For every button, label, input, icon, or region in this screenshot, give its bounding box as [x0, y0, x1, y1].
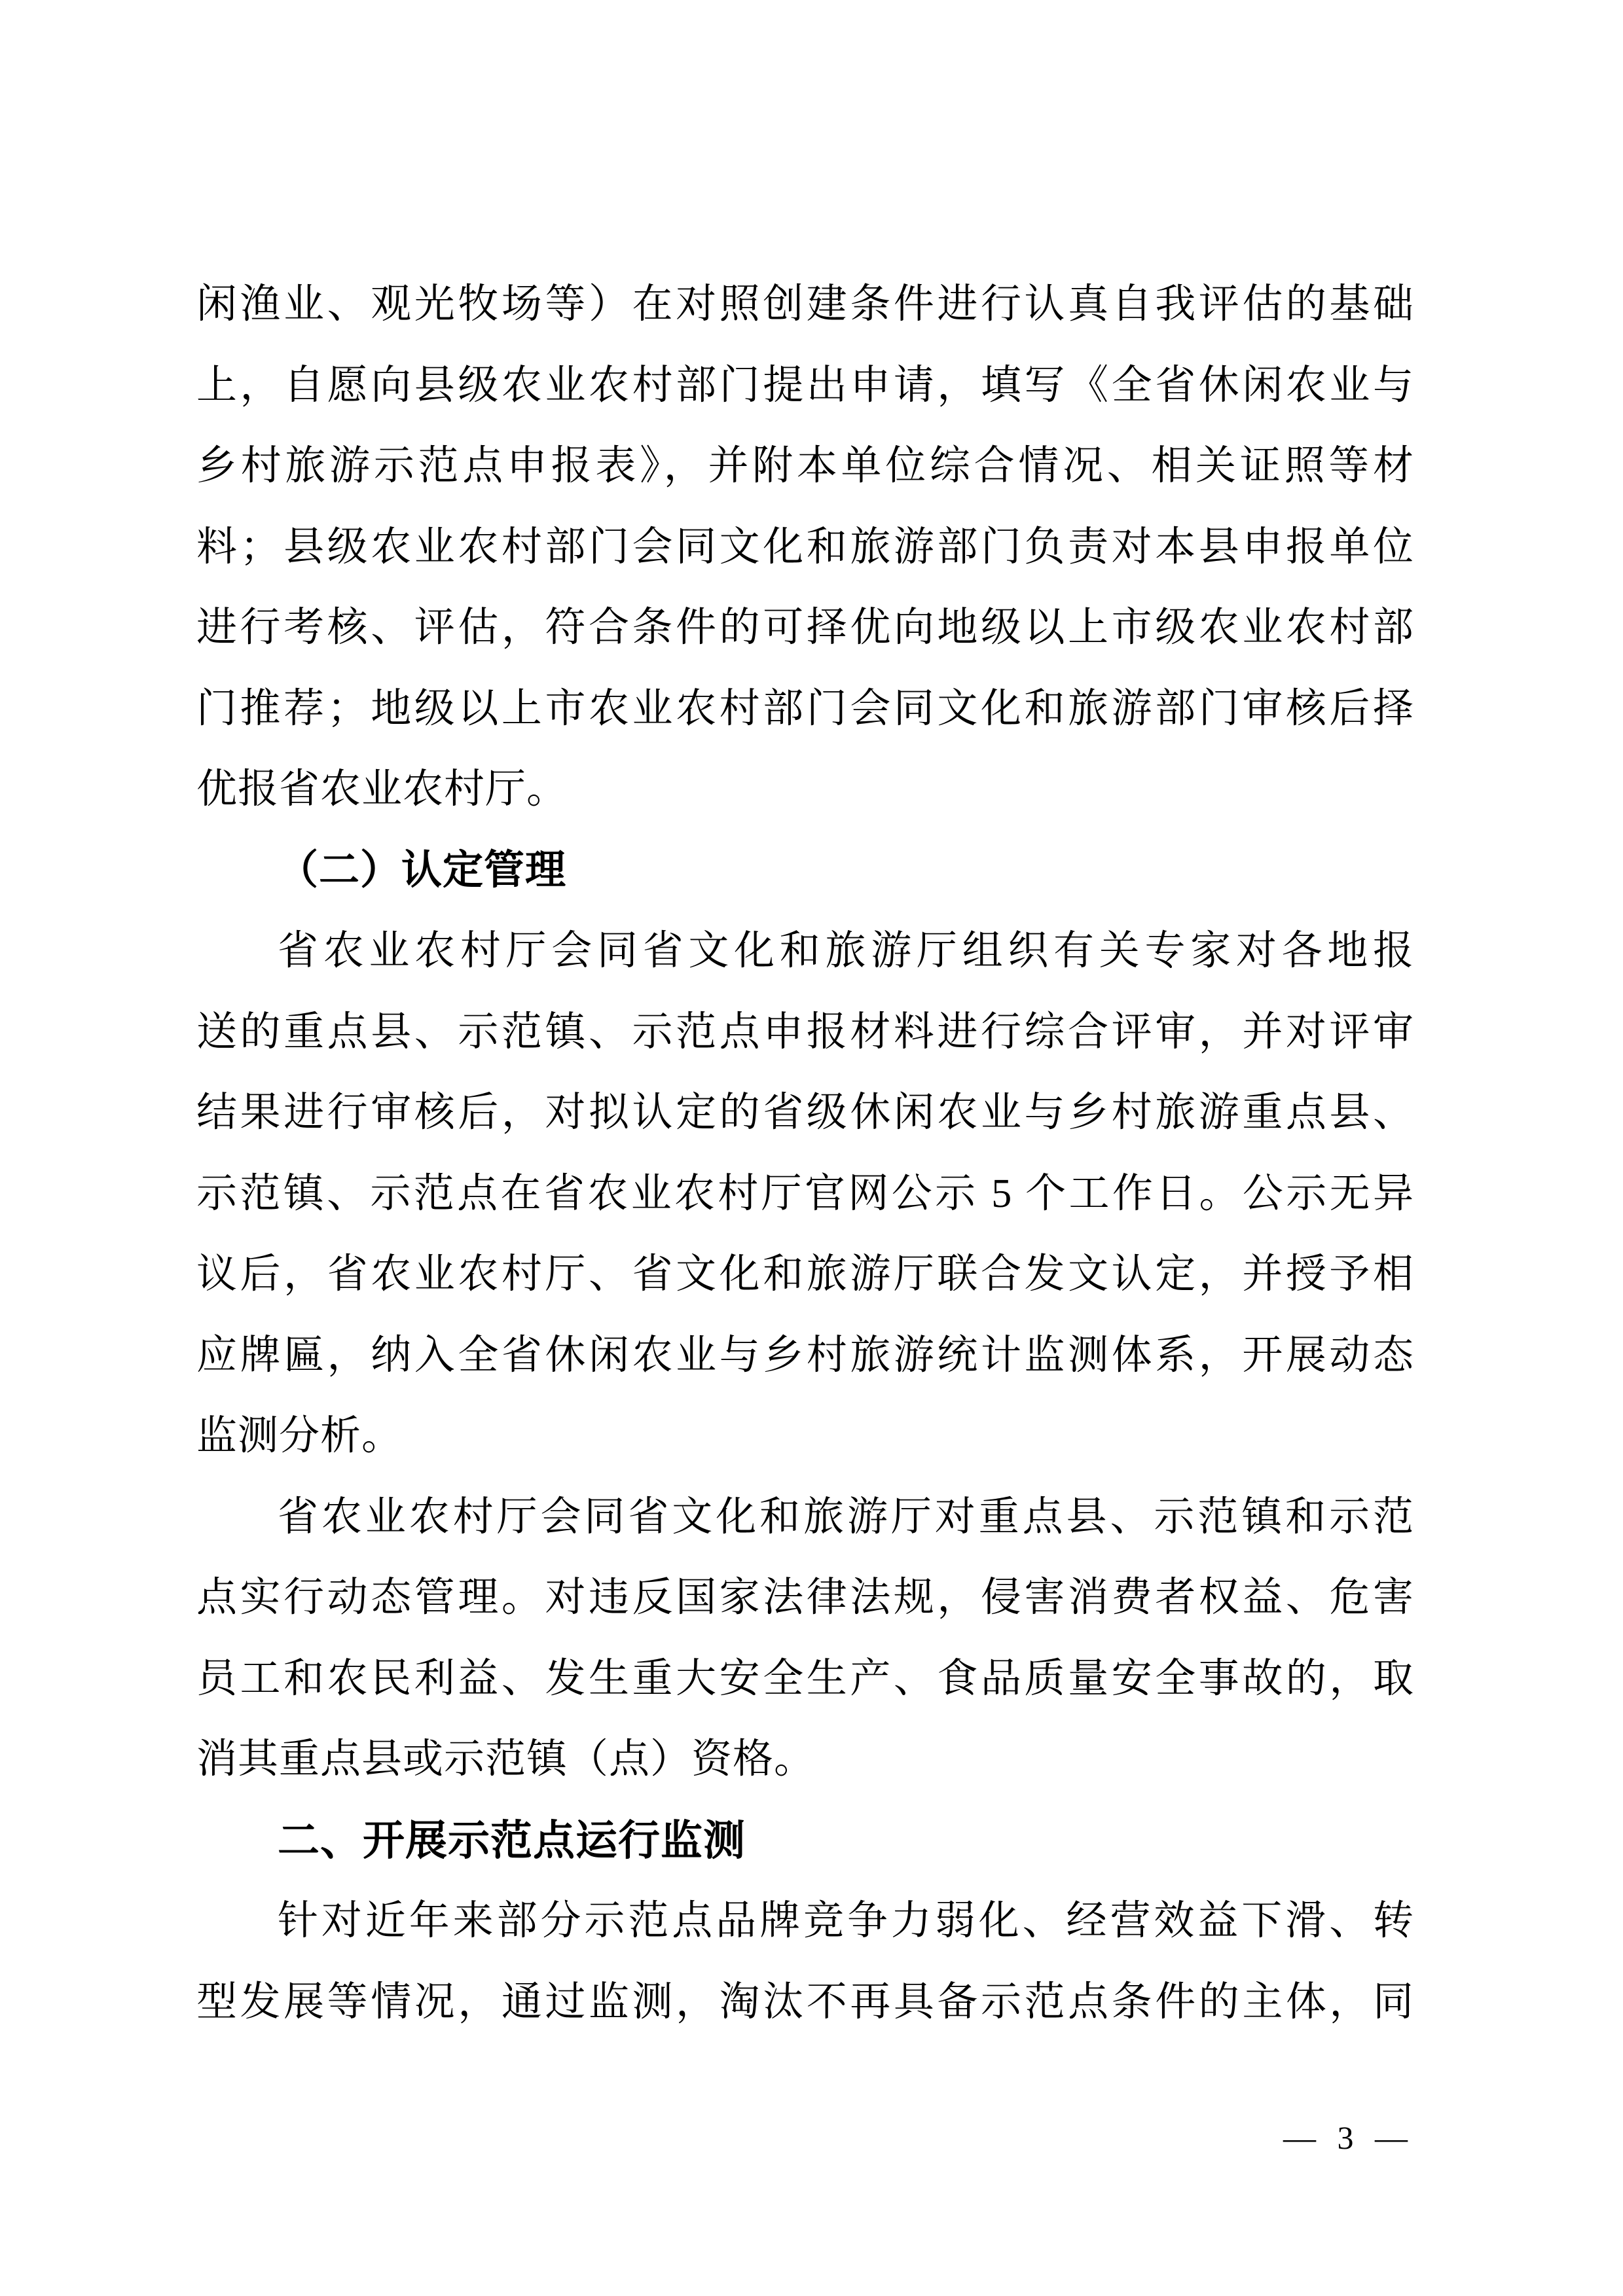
text-line: 议后，省农业农村厅、省文化和旅游厅联合发文认定，并授予相 [196, 1234, 1414, 1316]
section-heading: （二）认定管理 [196, 831, 1414, 912]
text-line: 省农业农村厅会同省文化和旅游厅组织有关专家对各地报 [196, 911, 1414, 992]
text-line: 闲渔业、观光牧场等）在对照创建条件进行认真自我评估的基础 [196, 264, 1414, 346]
text-line: 监测分析。 [196, 1396, 1414, 1477]
text-line: 应牌匾，纳入全省休闲农业与乡村旅游统计监测体系，开展动态 [196, 1316, 1414, 1397]
text-body: 闲渔业、观光牧场等）在对照创建条件进行认真自我评估的基础上，自愿向县级农业农村部… [196, 264, 1414, 2043]
document-page: 闲渔业、观光牧场等）在对照创建条件进行认真自我评估的基础上，自愿向县级农业农村部… [0, 0, 1623, 2296]
text-line: 型发展等情况，通过监测，淘汰不再具备示范点条件的主体，同 [196, 1962, 1414, 2043]
text-line: 门推荐；地级以上市农业农村部门会同文化和旅游部门审核后择 [196, 669, 1414, 750]
text-line: 示范镇、示范点在省农业农村厅官网公示 5 个工作日。公示无异 [196, 1154, 1414, 1235]
page-number: — 3 — [1283, 2119, 1414, 2156]
text-line: 省农业农村厅会同省文化和旅游厅对重点县、示范镇和示范 [196, 1477, 1414, 1558]
text-line: 乡村旅游示范点申报表》，并附本单位综合情况、相关证照等材 [196, 426, 1414, 507]
text-line: 进行考核、评估，符合条件的可择优向地级以上市级农业农村部 [196, 588, 1414, 669]
text-line: 料；县级农业农村部门会同文化和旅游部门负责对本县申报单位 [196, 507, 1414, 588]
text-line: 点实行动态管理。对违反国家法律法规，侵害消费者权益、危害 [196, 1558, 1414, 1639]
text-line: 针对近年来部分示范点品牌竞争力弱化、经营效益下滑、转 [196, 1881, 1414, 1962]
text-line: 优报省农业农村厅。 [196, 749, 1414, 831]
text-line: 送的重点县、示范镇、示范点申报材料进行综合评审，并对评审 [196, 992, 1414, 1073]
section-heading: 二、开展示范点运行监测 [196, 1801, 1414, 1882]
text-line: 结果进行审核后，对拟认定的省级休闲农业与乡村旅游重点县、 [196, 1073, 1414, 1154]
text-line: 上，自愿向县级农业农村部门提出申请，填写《全省休闲农业与 [196, 346, 1414, 427]
text-line: 员工和农民利益、发生重大安全生产、食品质量安全事故的，取 [196, 1639, 1414, 1720]
text-line: 消其重点县或示范镇（点）资格。 [196, 1719, 1414, 1801]
page-footer: — 3 — [1224, 2083, 1414, 2193]
